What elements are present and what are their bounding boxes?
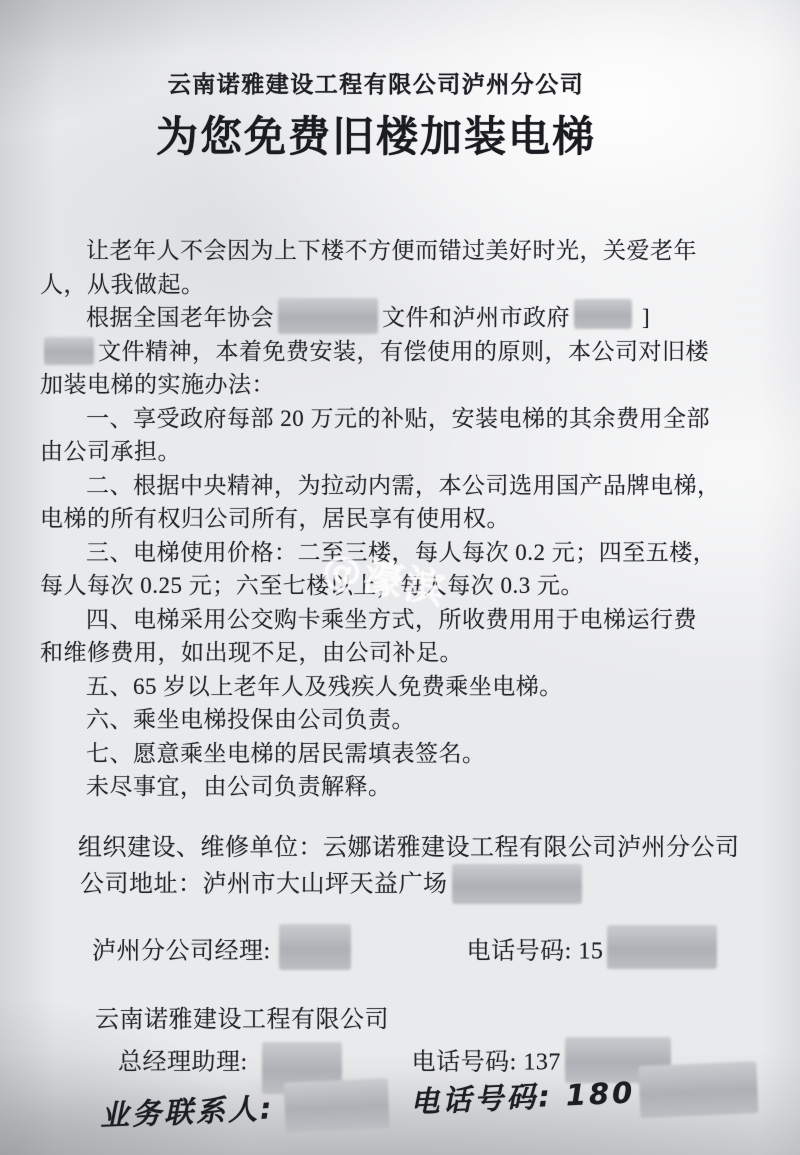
text-run: 二、根据中央精神，为拉动内需，本公司选用国产品牌电梯， xyxy=(86,473,721,498)
text-run: 云南诺雅建设工程有限公司 xyxy=(95,1007,389,1033)
company-name-heading: 云南诺雅建设工程有限公司泸州分公司 xyxy=(40,70,712,100)
doc-line: 公司地址：泸州市大山坪天益广场 xyxy=(80,866,712,906)
text-run: 四、电梯采用公交购卡乘坐方式，所收费用用于电梯运行费 xyxy=(86,607,697,632)
doc-line: 未尽事宜，由公司负责解释。 xyxy=(40,770,712,804)
redaction-blur xyxy=(452,864,582,904)
redaction-blur xyxy=(279,924,351,970)
redaction-blur xyxy=(607,925,717,969)
doc-line: 四、电梯采用公交购卡乘坐方式，所收费用用于电梯运行费 xyxy=(40,603,712,637)
doc-line: 由公司承担。 xyxy=(40,435,712,469)
text-run: 文件和泸州市政府 xyxy=(382,305,570,330)
text-run: 根据全国老年协会 xyxy=(86,305,274,330)
doc-line: 七、愿意乘坐电梯的居民需填表签名。 xyxy=(40,737,712,771)
text-run: 未尽事宜，由公司负责解释。 xyxy=(86,774,392,799)
doc-line: 加装电梯的实施办法： xyxy=(40,368,712,402)
doc-line: 电梯的所有权归公司所有，居民享有使用权。 xyxy=(40,502,712,536)
text-run: 人，从我做起。 xyxy=(40,272,205,297)
text-run: 电话号码: 15 xyxy=(467,938,604,964)
spacer xyxy=(393,1111,411,1113)
spacer xyxy=(275,1116,281,1117)
text-run: 六、乘坐电梯投保由公司负责。 xyxy=(86,707,415,732)
doc-line: 六、乘坐电梯投保由公司负责。 xyxy=(40,703,712,737)
text-run: 和维修费用，如出现不足，由公司补足。 xyxy=(40,640,463,665)
text-run: 五、65 岁以上老年人及残疾人免费乘坐电梯。 xyxy=(86,674,563,699)
document-footer: 组织建设、维修单位：云娜诺雅建设工程有限公司泸州分公司公司地址：泸州市大山坪天益… xyxy=(40,830,712,1142)
text-run: 电话号码: 137 xyxy=(412,1049,561,1075)
doc-line: 人，从我做起。 xyxy=(40,268,712,302)
redaction-blur xyxy=(638,1061,758,1118)
doc-line: 每人每次 0.25 元；六至七楼以上，每人每次 0.3 元。 xyxy=(40,569,712,603)
text-run: 由公司承担。 xyxy=(40,439,181,464)
text-run: 三、电梯使用价格：二至三楼，每人每次 0.2 元；四至五楼， xyxy=(86,540,716,565)
doc-line: 组织建设、维修单位：云娜诺雅建设工程有限公司泸州分公司 xyxy=(78,830,712,866)
scanned-document-photo: 云南诺雅建设工程有限公司泸州分公司 为您免费旧楼加装电梯 让老年人不会因为上下楼… xyxy=(0,0,800,1155)
doc-line: 一、享受政府每部 20 万元的补贴，安装电梯的其余费用全部 xyxy=(40,402,712,436)
doc-line: 云南诺雅建设工程有限公司 xyxy=(95,1002,712,1038)
text-run: 每人每次 0.25 元；六至七楼以上，每人每次 0.3 元。 xyxy=(40,573,584,598)
doc-line: 根据全国老年协会文件和泸州市政府] xyxy=(40,301,712,335)
text-run: 泸州分公司经理: xyxy=(92,938,271,964)
spacer xyxy=(271,957,275,958)
text-run: 加装电梯的实施办法： xyxy=(40,372,275,397)
text-run: 组织建设、维修单位：云娜诺雅建设工程有限公司泸州分公司 xyxy=(78,835,740,861)
text-run: 总经理助理: xyxy=(118,1049,248,1075)
doc-line: 五、65 岁以上老年人及残疾人免费乘坐电梯。 xyxy=(40,670,712,704)
document-title: 为您免费旧楼加装电梯 xyxy=(40,112,712,164)
doc-line: 让老年人不会因为上下楼不方便而错过美好时光，关爱老年 xyxy=(40,234,712,268)
text-run: 七、愿意乘坐电梯的居民需填表签名。 xyxy=(86,741,486,766)
document-body: 让老年人不会因为上下楼不方便而错过美好时光，关爱老年人，从我做起。根据全国老年协… xyxy=(40,234,712,804)
text-run: 电梯的所有权归公司所有，居民享有使用权。 xyxy=(40,506,510,531)
text-run: ] xyxy=(642,305,650,330)
doc-line: 和维修费用，如出现不足，由公司补足。 xyxy=(40,636,712,670)
spacer xyxy=(248,1068,258,1069)
redaction-blur xyxy=(278,298,378,334)
doc-line: 文件精神，本着免费安装，有偿使用的原则，本公司对旧楼 xyxy=(40,335,712,369)
doc-line: 三、电梯使用价格：二至三楼，每人每次 0.2 元；四至五楼， xyxy=(40,536,712,570)
text-run: 文件精神，本着免费安装，有偿使用的原则，本公司对旧楼 xyxy=(98,339,709,364)
redaction-blur xyxy=(283,1078,389,1132)
text-run: 公司地址：泸州市大山坪天益广场 xyxy=(80,871,448,897)
document-page: 云南诺雅建设工程有限公司泸州分公司 为您免费旧楼加装电梯 让老年人不会因为上下楼… xyxy=(0,0,800,1155)
text-run: 让老年人不会因为上下楼不方便而错过美好时光，关爱老年 xyxy=(86,238,697,263)
text-run: 一、享受政府每部 20 万元的补贴，安装电梯的其余费用全部 xyxy=(86,406,710,431)
spacer xyxy=(355,957,467,958)
doc-line: 泸州分公司经理:电话号码: 15 xyxy=(92,930,712,976)
redaction-blur xyxy=(574,299,632,329)
text-run: 业务联系人: xyxy=(99,1091,275,1133)
redaction-blur xyxy=(44,337,94,365)
text-run: 电话号码: 180 xyxy=(410,1075,637,1119)
spacer xyxy=(346,1068,412,1069)
doc-line: 二、根据中央精神，为拉动内需，本公司选用国产品牌电梯， xyxy=(40,469,712,503)
